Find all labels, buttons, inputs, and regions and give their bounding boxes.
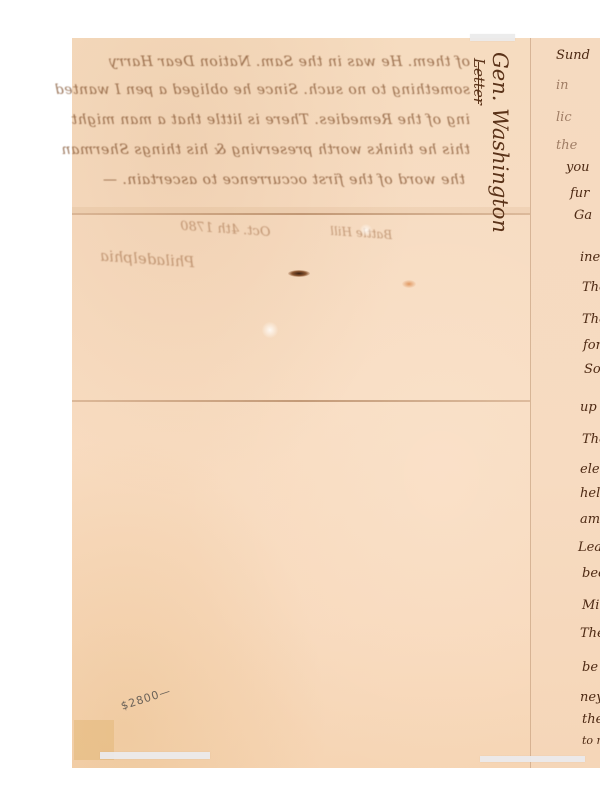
paper-loss-spot [262,322,278,338]
right-page-word: be [582,660,598,675]
docket-name: Gen. Washington [488,52,512,233]
right-page-word: Sund [556,48,590,63]
right-page-word: ney [580,690,600,705]
foxing-spot [402,280,416,288]
right-page-word: fur [570,186,589,201]
bleed-through-line-2: something to no such. Since he obliged a… [85,82,470,98]
bleed-through-line-3: ing of the Remedies. There is little tha… [85,112,470,128]
right-page-word: lic [556,110,572,125]
mounting-tape-bottom-right [480,756,585,762]
right-page-word: ele [580,462,600,477]
mounting-tape-top [470,34,515,41]
right-page-word: Ga [574,208,592,223]
right-page-word: Mi [582,598,599,613]
right-page-word: you [566,160,590,175]
right-page-word: Lea [578,540,600,555]
right-page-word: to m [582,734,600,747]
right-page-word: hel [580,486,600,501]
right-page-word: So [584,362,600,377]
bleed-through-line-5: the word of the first occurrence to asce… [110,172,465,188]
paper-loss-spot-2 [360,224,372,236]
right-page-word: The [582,312,600,327]
fold-line-lower [72,400,530,402]
docket-underline [478,62,479,104]
right-page-word: the [582,712,600,727]
right-page-word: ine [580,250,600,265]
right-page-word: bec [582,566,600,581]
right-page-word: for [583,338,600,353]
mounting-tape-bottom-left [100,752,210,759]
right-page-word: the [556,138,577,153]
right-page-word: up [580,400,597,415]
right-page-word: The [582,432,600,447]
docket-subject: Letter [470,58,488,105]
fold-line-upper [72,213,530,215]
right-page-word: The [580,626,600,641]
bleed-through-line-4: this he thinks worth preserving & his th… [85,142,470,158]
right-page-word: am [580,512,600,527]
ink-spot [288,270,310,277]
right-page-word: The [582,280,600,295]
right-page-word: in [556,78,569,93]
bleed-through-line-1: of them. He was in the Sam. Nation Dear … [90,54,470,70]
